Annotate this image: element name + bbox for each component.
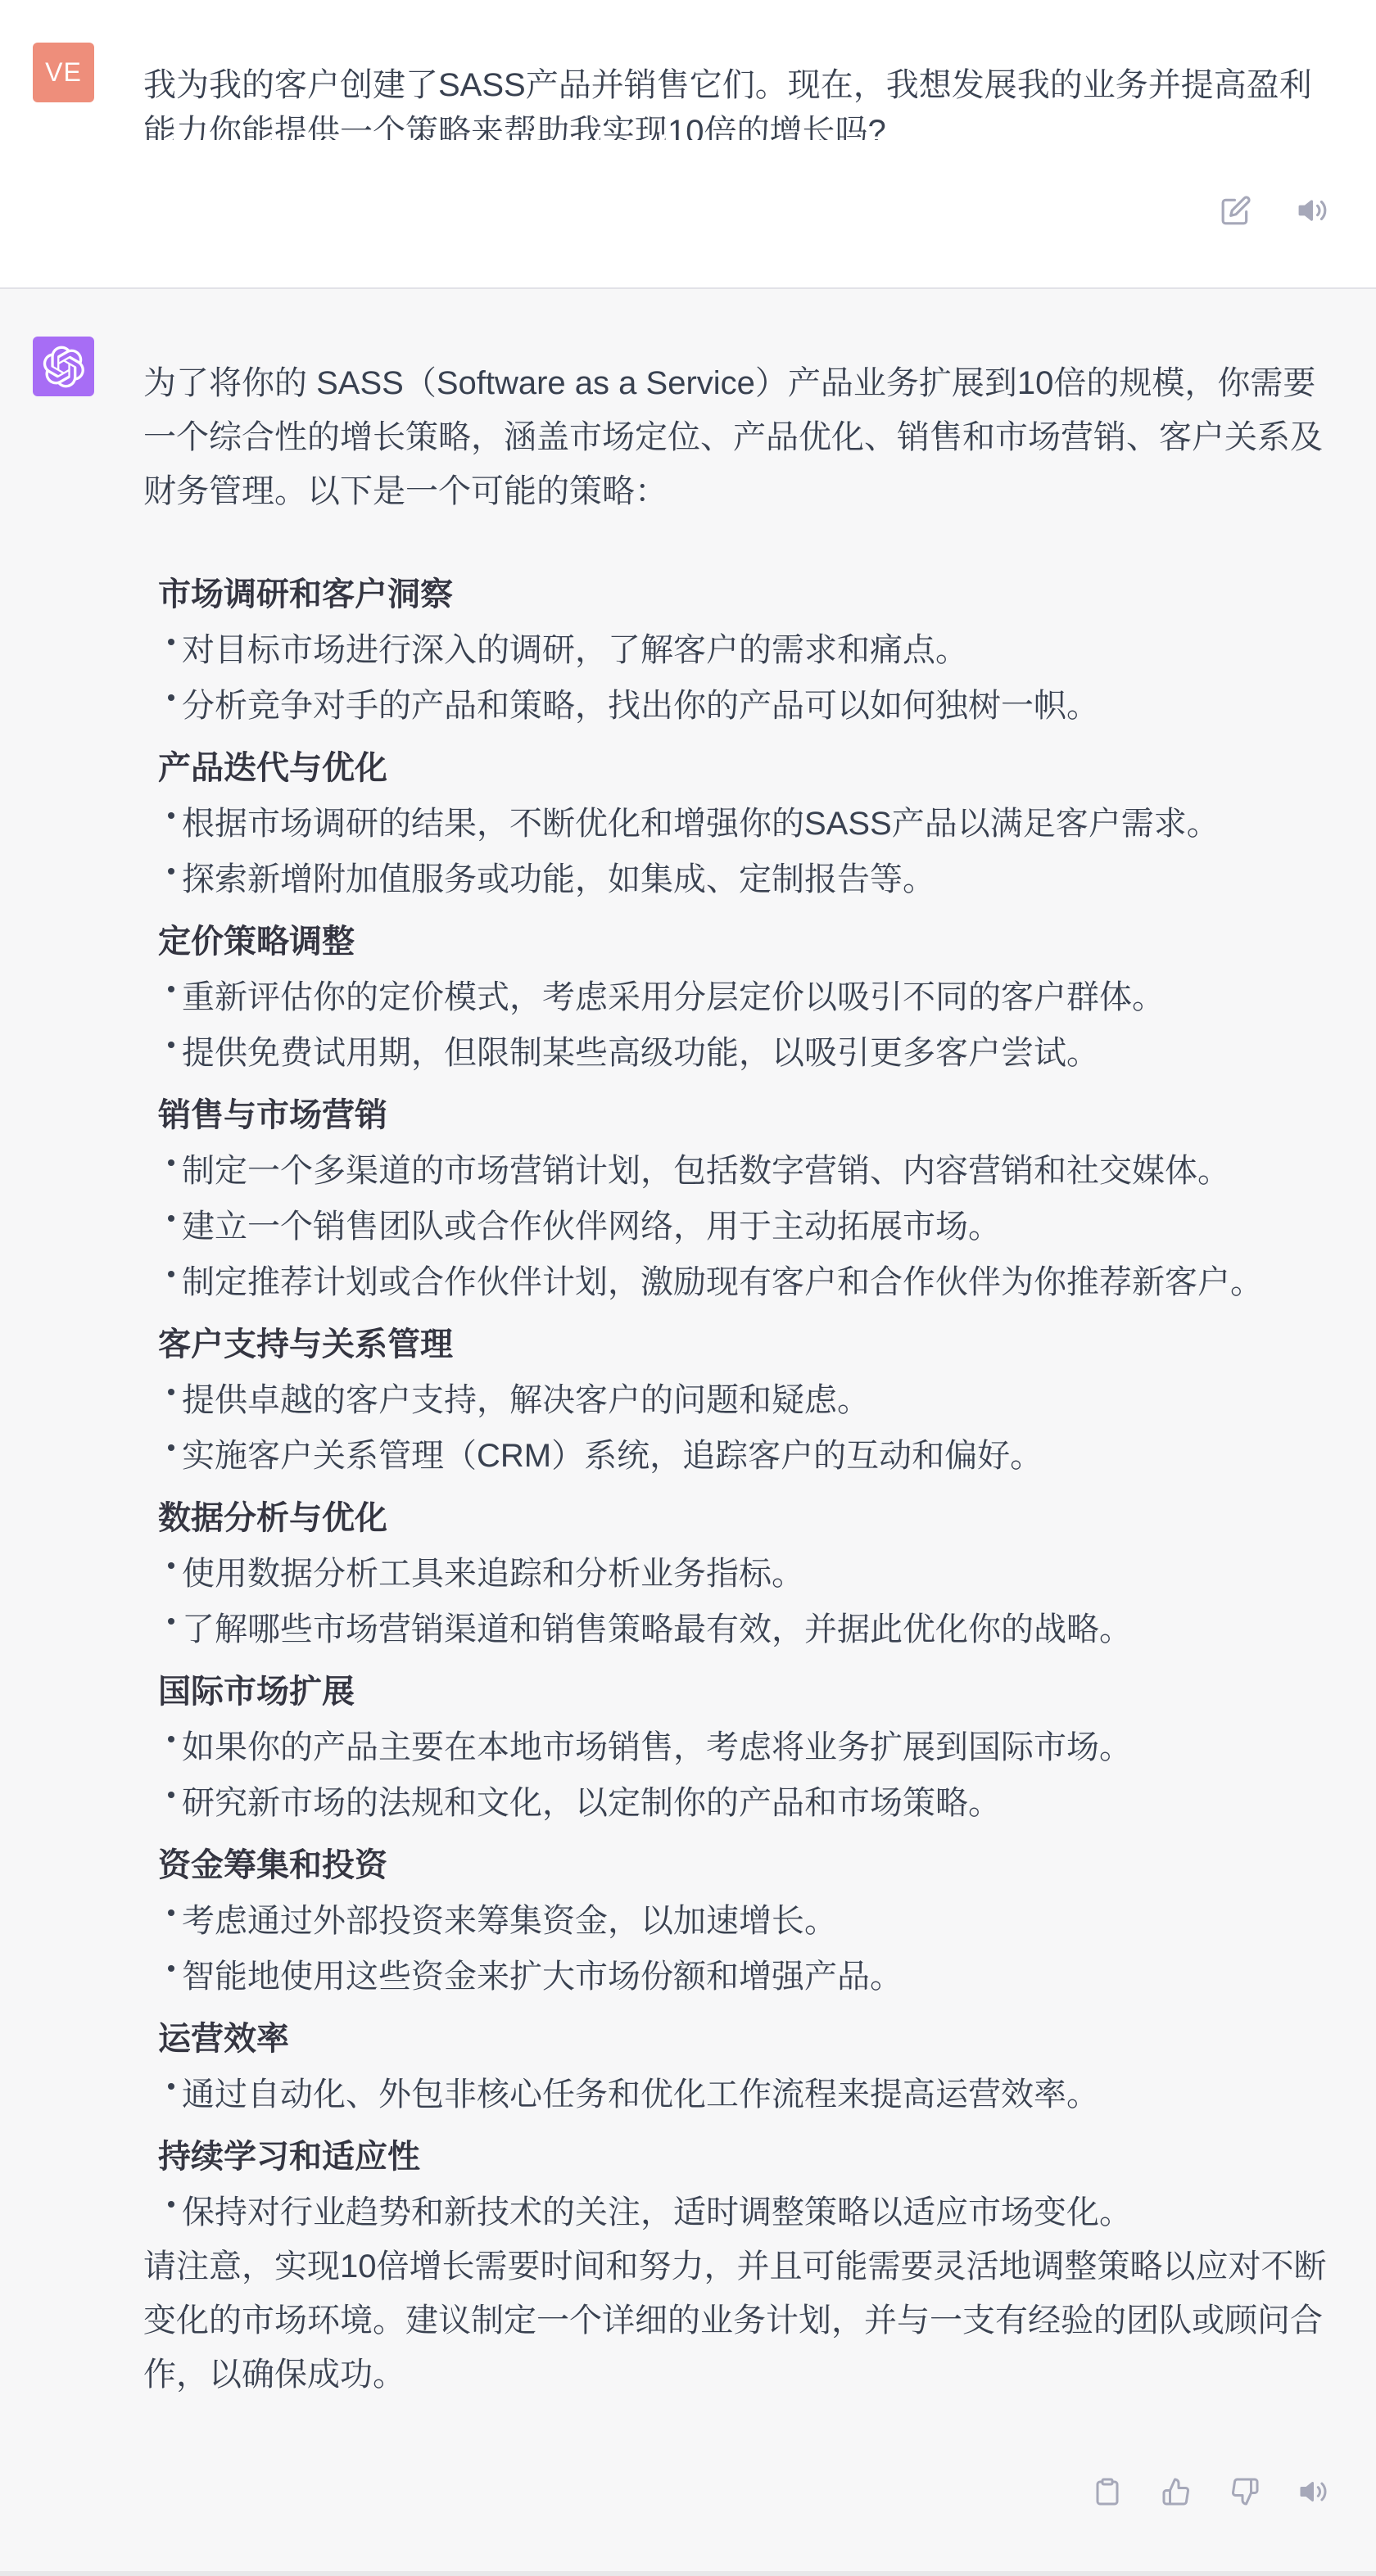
list-item: 1. 市场调研和客户洞察 对目标市场进行深入的调研，了解客户的需求和痛点。 分析… <box>143 567 1328 733</box>
speaker-icon <box>1297 195 1328 226</box>
list-item-title: 定价策略调整 <box>158 915 1328 969</box>
thumbs-down-icon <box>1230 2477 1260 2506</box>
list-item-bullets: 提供卓越的客户支持，解决客户的问题和疑虑。 实施客户关系管理（CRM）系统，追踪… <box>158 1372 1328 1483</box>
list-item-bullets: 对目标市场进行深入的调研，了解客户的需求和痛点。 分析竞争对手的产品和策略，找出… <box>158 621 1328 733</box>
bullet-item: 分析竞争对手的产品和策略，找出你的产品可以如何独树一帜。 <box>158 679 1328 733</box>
bullet-text: 研究新市场的法规和文化，以定制你的产品和市场策略。 <box>182 1785 1001 1821</box>
bullet-text: 建立一个销售团队或合作伙伴网络，用于主动拓展市场。 <box>182 1209 1001 1245</box>
list-item: 9. 运营效率 通过自动化、外包非核心任务和优化工作流程来提高运营效率。 <box>143 2012 1328 2122</box>
bullet-item: 制定一个多渠道的市场营销计划，包括数字营销、内容营销和社交媒体。 <box>158 1144 1328 1198</box>
bullet-text: 智能地使用这些资金来扩大市场份额和增强产品。 <box>182 1959 903 1995</box>
bullet-text: 探索新增附加值服务或功能，如集成、定制报告等。 <box>182 861 935 897</box>
assistant-avatar <box>33 337 94 396</box>
list-item-title: 持续学习和适应性 <box>158 2130 1328 2184</box>
bullet-item: 通过自动化、外包非核心任务和优化工作流程来提高运营效率。 <box>158 2068 1328 2122</box>
list-item-bullets: 考虑通过外部投资来筹集资金，以加速增长。 智能地使用这些资金来扩大市场份额和增强… <box>158 1892 1328 2004</box>
conversation: VE 我为我的客户创建了SASS产品并销售它们。现在，我想发展我的业务并提高盈利… <box>0 0 1376 2574</box>
clipboard-icon <box>1093 2477 1122 2506</box>
speaker-icon <box>1299 2477 1328 2506</box>
list-item: 3. 定价策略调整 重新评估你的定价模式，考虑采用分层定价以吸引不同的客户群体。… <box>143 915 1328 1080</box>
assistant-intro-paragraph: 为了将你的 SASS（Software as a Service）产品业务扩展到… <box>143 356 1328 518</box>
read-aloud-button[interactable] <box>1297 195 1328 226</box>
bullet-item: 探索新增附加值服务或功能，如集成、定制报告等。 <box>158 852 1328 906</box>
edit-button[interactable] <box>1220 195 1252 226</box>
bullet-text: 提供卓越的客户支持，解决客户的问题和疑虑。 <box>182 1382 870 1418</box>
bullet-text: 制定推荐计划或合作伙伴计划，激励现有客户和合作伙伴为你推荐新客户。 <box>182 1264 1263 1300</box>
list-item: 7. 国际市场扩展 如果你的产品主要在本地市场销售，考虑将业务扩展到国际市场。 … <box>143 1665 1328 1830</box>
bullet-text: 重新评估你的定价模式，考虑采用分层定价以吸引不同的客户群体。 <box>182 979 1165 1015</box>
list-item-bullets: 根据市场调研的结果，不断优化和增强你的SASS产品以满足客户需求。 探索新增附加… <box>158 795 1328 906</box>
list-item: 2. 产品迭代与优化 根据市场调研的结果，不断优化和增强你的SASS产品以满足客… <box>143 741 1328 906</box>
user-avatar-initials: VE <box>45 57 82 88</box>
thumbs-up-button[interactable] <box>1161 2477 1191 2506</box>
list-item-bullets: 保持对行业趋势和新技术的关注，适时调整策略以适应市场变化。 <box>158 2184 1328 2239</box>
list-item-title: 数据分析与优化 <box>158 1491 1328 1545</box>
bullet-item: 实施客户关系管理（CRM）系统，追踪客户的互动和偏好。 <box>158 1429 1328 1483</box>
bullet-item: 建立一个销售团队或合作伙伴网络，用于主动拓展市场。 <box>158 1200 1328 1254</box>
bullet-item: 制定推荐计划或合作伙伴计划，激励现有客户和合作伙伴为你推荐新客户。 <box>158 1255 1328 1309</box>
list-item: 8. 资金筹集和投资 考虑通过外部投资来筹集资金，以加速增长。 智能地使用这些资… <box>143 1838 1328 2004</box>
list-item-title: 产品迭代与优化 <box>158 741 1328 795</box>
bullet-item: 对目标市场进行深入的调研，了解客户的需求和痛点。 <box>158 623 1328 677</box>
list-item-title: 客户支持与关系管理 <box>158 1317 1328 1372</box>
list-item-bullets: 制定一个多渠道的市场营销计划，包括数字营销、内容营销和社交媒体。 建立一个销售团… <box>158 1142 1328 1309</box>
bullet-item: 考虑通过外部投资来筹集资金，以加速增长。 <box>158 1894 1328 1948</box>
bullet-text: 了解哪些市场营销渠道和销售策略最有效，并据此优化你的战略。 <box>182 1611 1132 1647</box>
thumbs-down-button[interactable] <box>1230 2477 1260 2506</box>
bullet-item: 提供免费试用期，但限制某些高级功能，以吸引更多客户尝试。 <box>158 1026 1328 1080</box>
openai-logo-icon <box>43 346 85 388</box>
user-message-actions <box>143 195 1328 226</box>
user-avatar: VE <box>33 43 94 102</box>
user-message-body: 我为我的客户创建了SASS产品并销售它们。现在，我想发展我的业务并提高盈利能力你… <box>143 43 1328 287</box>
next-section-divider <box>0 2571 1376 2576</box>
read-aloud-button[interactable] <box>1299 2477 1328 2506</box>
edit-icon <box>1220 195 1252 226</box>
list-item-bullets: 重新评估你的定价模式，考虑采用分层定价以吸引不同的客户群体。 提供免费试用期，但… <box>158 969 1328 1080</box>
bullet-item: 研究新市场的法规和文化，以定制你的产品和市场策略。 <box>158 1776 1328 1830</box>
assistant-message-actions <box>143 2477 1328 2506</box>
assistant-list: 1. 市场调研和客户洞察 对目标市场进行深入的调研，了解客户的需求和痛点。 分析… <box>143 567 1328 2239</box>
bullet-item: 智能地使用这些资金来扩大市场份额和增强产品。 <box>158 1950 1328 2004</box>
assistant-message: 为了将你的 SASS（Software as a Service）产品业务扩展到… <box>0 289 1376 2574</box>
user-message: VE 我为我的客户创建了SASS产品并销售它们。现在，我想发展我的业务并提高盈利… <box>0 0 1376 289</box>
bullet-text: 如果你的产品主要在本地市场销售，考虑将业务扩展到国际市场。 <box>182 1729 1132 1765</box>
bullet-text: 通过自动化、外包非核心任务和优化工作流程来提高运营效率。 <box>182 2077 1099 2113</box>
bullet-text: 对目标市场进行深入的调研，了解客户的需求和痛点。 <box>182 632 968 668</box>
list-item-title: 运营效率 <box>158 2012 1328 2066</box>
list-item: 5. 客户支持与关系管理 提供卓越的客户支持，解决客户的问题和疑虑。 实施客户关… <box>143 1317 1328 1483</box>
bullet-text: 实施客户关系管理（CRM）系统，追踪客户的互动和偏好。 <box>182 1438 1043 1474</box>
bullet-text: 根据市场调研的结果，不断优化和增强你的SASS产品以满足客户需求。 <box>182 806 1220 842</box>
bullet-item: 保持对行业趋势和新技术的关注，适时调整策略以适应市场变化。 <box>158 2185 1328 2239</box>
thumbs-up-icon <box>1161 2477 1191 2506</box>
assistant-markdown: 为了将你的 SASS（Software as a Service）产品业务扩展到… <box>143 356 1328 2413</box>
bullet-text: 分析竞争对手的产品和策略，找出你的产品可以如何独树一帜。 <box>182 688 1099 724</box>
bullet-text: 考虑通过外部投资来筹集资金，以加速增长。 <box>182 1903 837 1939</box>
list-item: 10. 持续学习和适应性 保持对行业趋势和新技术的关注，适时调整策略以适应市场变… <box>143 2130 1328 2239</box>
assistant-outro-paragraph: 请注意，实现10倍增长需要时间和努力，并且可能需要灵活地调整策略以应对不断变化的… <box>143 2239 1328 2402</box>
bullet-item: 使用数据分析工具来追踪和分析业务指标。 <box>158 1547 1328 1601</box>
bullet-text: 制定一个多渠道的市场营销计划，包括数字营销、内容营销和社交媒体。 <box>182 1153 1230 1189</box>
bullet-item: 重新评估你的定价模式，考虑采用分层定价以吸引不同的客户群体。 <box>158 970 1328 1024</box>
bullet-text: 提供免费试用期，但限制某些高级功能，以吸引更多客户尝试。 <box>182 1035 1099 1071</box>
bullet-text: 保持对行业趋势和新技术的关注，适时调整策略以适应市场变化。 <box>182 2194 1132 2230</box>
bullet-text: 使用数据分析工具来追踪和分析业务指标。 <box>182 1556 804 1592</box>
bullet-item: 了解哪些市场营销渠道和销售策略最有效，并据此优化你的战略。 <box>158 1602 1328 1656</box>
list-item: 4. 销售与市场营销 制定一个多渠道的市场营销计划，包括数字营销、内容营销和社交… <box>143 1088 1328 1309</box>
list-item-title: 市场调研和客户洞察 <box>158 567 1328 621</box>
copy-button[interactable] <box>1093 2477 1122 2506</box>
list-item-bullets: 如果你的产品主要在本地市场销售，考虑将业务扩展到国际市场。 研究新市场的法规和文… <box>158 1719 1328 1830</box>
list-item-bullets: 通过自动化、外包非核心任务和优化工作流程来提高运营效率。 <box>158 2066 1328 2122</box>
bullet-item: 如果你的产品主要在本地市场销售，考虑将业务扩展到国际市场。 <box>158 1720 1328 1774</box>
list-item-title: 国际市场扩展 <box>158 1665 1328 1719</box>
assistant-message-body: 为了将你的 SASS（Software as a Service）产品业务扩展到… <box>143 337 1328 2574</box>
bullet-item: 提供卓越的客户支持，解决客户的问题和疑虑。 <box>158 1373 1328 1427</box>
bullet-item: 根据市场调研的结果，不断优化和增强你的SASS产品以满足客户需求。 <box>158 797 1328 851</box>
user-message-text: 我为我的客户创建了SASS产品并销售它们。现在，我想发展我的业务并提高盈利能力你… <box>143 62 1328 140</box>
list-item-bullets: 使用数据分析工具来追踪和分析业务指标。 了解哪些市场营销渠道和销售策略最有效，并… <box>158 1545 1328 1656</box>
list-item-title: 销售与市场营销 <box>158 1088 1328 1142</box>
list-item-title: 资金筹集和投资 <box>158 1838 1328 1892</box>
list-item: 6. 数据分析与优化 使用数据分析工具来追踪和分析业务指标。 了解哪些市场营销渠… <box>143 1491 1328 1656</box>
